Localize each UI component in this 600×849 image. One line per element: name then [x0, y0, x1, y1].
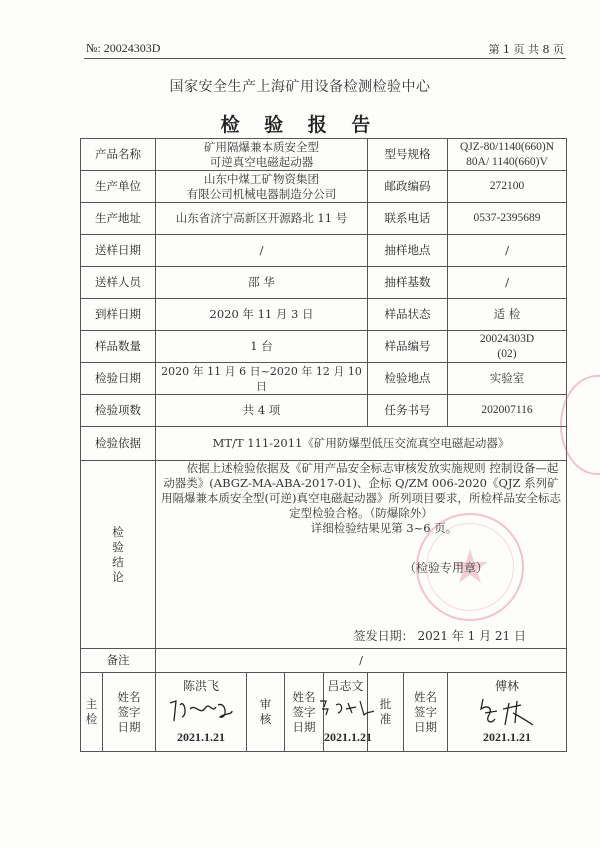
row-manufacturer: 生产单位 山东中煤工矿物资集团 有限公司机械电器制造分公司 邮政编码 27210… [81, 171, 567, 203]
signature-approver: 傅林 2021.1.21 [448, 673, 567, 752]
value-sample-base: / [448, 267, 567, 299]
label-sample-no: 样品编号 [368, 331, 448, 363]
value-send-date: / [156, 235, 368, 267]
handwritten-signature-icon [475, 695, 539, 729]
issue-date: 签发日期： 2021 年 1 月 21 日 [354, 629, 526, 644]
handwritten-signature-icon [316, 695, 376, 719]
report-header: №: 20024303D 第 1 页 共 8 页 [84, 38, 566, 59]
label-test-place: 检验地点 [368, 363, 448, 395]
value-product-name: 矿用隔爆兼本质安全型 可逆真空电磁起动器 [156, 139, 368, 171]
role-reviewer: 审核 [247, 673, 285, 752]
stamp-label: （检验专用章） [404, 561, 488, 576]
conclusion-paragraph: 依据上述检验依据及《矿用产品安全标志审核发放实施规则 控制设备—起动器类》(AB… [158, 461, 564, 521]
conclusion-detail-ref: 详细检验结果见第 3~6 页。 [158, 521, 564, 536]
report-number: №: 20024303D [86, 41, 160, 56]
value-model: QJZ-80/1140(660)N 80A/ 1140(660)V [448, 139, 567, 171]
value-arrival-date: 2020 年 11 月 3 日 [156, 299, 368, 331]
value-task-no: 202007116 [448, 395, 567, 427]
value-sample-no: 20024303D (02) [448, 331, 567, 363]
row-address: 生产地址 山东省济宁高新区开源路北 11 号 联系电话 0537-2395689 [81, 203, 567, 235]
document-title: 检 验 报 告 [0, 110, 600, 137]
row-sender: 送样人员 邵 华 抽样基数 / [81, 267, 567, 299]
label-sender: 送样人员 [81, 267, 156, 299]
row-arrival: 到样日期 2020 年 11 月 3 日 样品状态 适 检 [81, 299, 567, 331]
label-sample-place: 抽样地点 [368, 235, 448, 267]
value-sample-state: 适 检 [448, 299, 567, 331]
signature-inspector: 陈洪飞 2021.1.21 [156, 673, 247, 752]
value-address: 山东省济宁高新区开源路北 11 号 [156, 203, 368, 235]
value-remarks: / [156, 649, 567, 673]
value-basis: MT/T 111-2011《矿用防爆型低压交流真空电磁起动器》 [156, 427, 567, 461]
label-send-date: 送样日期 [81, 235, 156, 267]
value-test-items: 共 4 项 [156, 395, 368, 427]
handwritten-signature-icon [166, 695, 236, 725]
row-test-items: 检验项数 共 4 项 任务书号 202007116 [81, 395, 567, 427]
value-test-date: 2020 年 11 月 6 日~2020 年 12 月 10 日 [156, 363, 368, 395]
row-quantity: 样品数量 1 台 样品编号 20024303D (02) [81, 331, 567, 363]
label-address: 生产地址 [81, 203, 156, 235]
row-test-date: 检验日期 2020 年 11 月 6 日~2020 年 12 月 10 日 检验… [81, 363, 567, 395]
row-signatures: 主检 姓名签字日期 陈洪飞 2021.1.21 审核 姓名签字日期 吕志文 20… [81, 673, 567, 752]
page-info: 第 1 页 共 8 页 [489, 41, 564, 57]
row-conclusion: 检 验 结 论 依据上述检验依据及《矿用产品安全标志审核发放实施规则 控制设备—… [81, 461, 567, 649]
label-test-date: 检验日期 [81, 363, 156, 395]
value-phone: 0537-2395689 [448, 203, 567, 235]
value-postcode: 272100 [448, 171, 567, 203]
label-postcode: 邮政编码 [368, 171, 448, 203]
label-conclusion: 检 验 结 论 [81, 461, 156, 649]
signature-reviewer: 吕志文 2021.1.21 [324, 673, 368, 752]
label-task-no: 任务书号 [368, 395, 448, 427]
row-basis: 检验依据 MT/T 111-2011《矿用防爆型低压交流真空电磁起动器》 [81, 427, 567, 461]
field-label-inspector: 姓名签字日期 [103, 673, 156, 752]
label-remarks: 备注 [81, 649, 156, 673]
label-sample-state: 样品状态 [368, 299, 448, 331]
label-test-items: 检验项数 [81, 395, 156, 427]
field-label-approver: 姓名签字日期 [404, 673, 448, 752]
role-inspector: 主检 [81, 673, 103, 752]
label-manufacturer: 生产单位 [81, 171, 156, 203]
organization-name: 国家安全生产上海矿用设备检测检验中心 [0, 76, 600, 96]
label-phone: 联系电话 [368, 203, 448, 235]
value-sample-place: / [448, 235, 567, 267]
value-sample-qty: 1 台 [156, 331, 368, 363]
value-sender: 邵 华 [156, 267, 368, 299]
label-arrival-date: 到样日期 [81, 299, 156, 331]
value-test-place: 实验室 [448, 363, 567, 395]
row-remarks: 备注 / [81, 649, 567, 673]
label-product-name: 产品名称 [81, 139, 156, 171]
conclusion-body: 依据上述检验依据及《矿用产品安全标志审核发放实施规则 控制设备—起动器类》(AB… [156, 461, 567, 649]
label-basis: 检验依据 [81, 427, 156, 461]
row-send-date: 送样日期 / 抽样地点 / [81, 235, 567, 267]
label-sample-base: 抽样基数 [368, 267, 448, 299]
label-sample-qty: 样品数量 [81, 331, 156, 363]
value-manufacturer: 山东中煤工矿物资集团 有限公司机械电器制造分公司 [156, 171, 368, 203]
label-model: 型号规格 [368, 139, 448, 171]
report-table: 产品名称 矿用隔爆兼本质安全型 可逆真空电磁起动器 型号规格 QJZ-80/11… [80, 138, 567, 752]
row-product: 产品名称 矿用隔爆兼本质安全型 可逆真空电磁起动器 型号规格 QJZ-80/11… [81, 139, 567, 171]
